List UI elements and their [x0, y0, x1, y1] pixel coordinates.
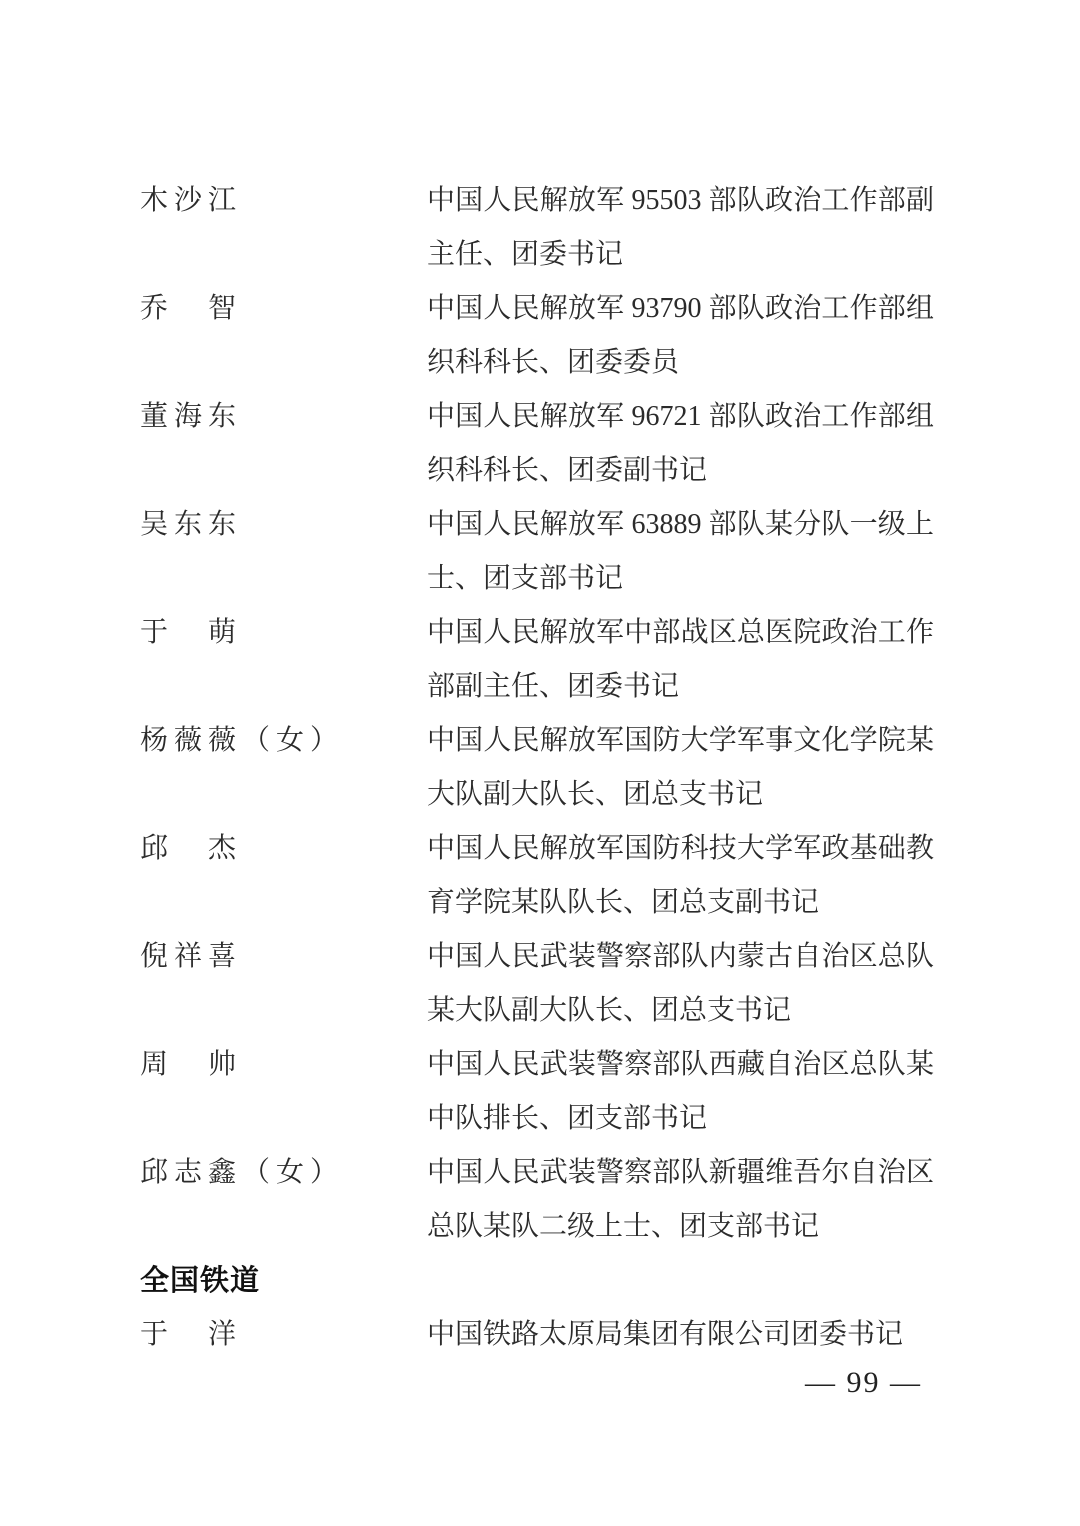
title-line-2: 中队排长、团支部书记	[427, 1092, 934, 1146]
person-name: 董海东	[140, 390, 427, 444]
commendation-list: 木沙江 中国人民解放军 95503 部队政治工作部副 主任、团委书记 乔 智 中…	[140, 174, 934, 1362]
title-line-1: 中国人民解放军国防大学军事文化学院某	[427, 714, 934, 768]
person-name: 于 萌	[140, 606, 427, 660]
title-line-2: 主任、团委书记	[427, 228, 934, 282]
list-item: 邱志鑫（女） 中国人民武装警察部队新疆维吾尔自治区 总队某队二级上士、团支部书记	[140, 1146, 934, 1254]
title-line-1: 中国铁路太原局集团有限公司团委书记	[427, 1308, 934, 1362]
person-title: 中国人民解放军国防大学军事文化学院某 大队副大队长、团总支书记	[427, 714, 934, 822]
person-title: 中国铁路太原局集团有限公司团委书记	[427, 1308, 934, 1362]
list-item: 木沙江 中国人民解放军 95503 部队政治工作部副 主任、团委书记	[140, 174, 934, 282]
title-line-1: 中国人民武装警察部队新疆维吾尔自治区	[427, 1146, 934, 1200]
person-title: 中国人民武装警察部队西藏自治区总队某 中队排长、团支部书记	[427, 1038, 934, 1146]
title-line-1: 中国人民武装警察部队内蒙古自治区总队	[427, 930, 934, 984]
list-item: 乔 智 中国人民解放军 93790 部队政治工作部组 织科科长、团委委员	[140, 282, 934, 390]
person-name: 杨薇薇（女）	[140, 714, 427, 768]
list-item: 吴东东 中国人民解放军 63889 部队某分队一级上 士、团支部书记	[140, 498, 934, 606]
title-line-1: 中国人民解放军国防科技大学军政基础教	[427, 822, 934, 876]
list-item: 于 洋 中国铁路太原局集团有限公司团委书记	[140, 1308, 934, 1362]
person-name: 邱 杰	[140, 822, 427, 876]
person-title: 中国人民解放军中部战区总医院政治工作 部副主任、团委书记	[427, 606, 934, 714]
person-name: 倪祥喜	[140, 930, 427, 984]
person-title: 中国人民解放军国防科技大学军政基础教 育学院某队队长、团总支副书记	[427, 822, 934, 930]
title-line-1: 中国人民解放军 63889 部队某分队一级上	[427, 498, 934, 552]
person-name: 木沙江	[140, 174, 427, 228]
title-line-2: 总队某队二级上士、团支部书记	[427, 1200, 934, 1254]
person-title: 中国人民解放军 96721 部队政治工作部组 织科科长、团委副书记	[427, 390, 934, 498]
title-line-2: 育学院某队队长、团总支副书记	[427, 876, 934, 930]
person-name: 邱志鑫（女）	[140, 1146, 427, 1200]
person-name: 乔 智	[140, 282, 427, 336]
title-line-2: 织科科长、团委副书记	[427, 444, 934, 498]
person-title: 中国人民武装警察部队新疆维吾尔自治区 总队某队二级上士、团支部书记	[427, 1146, 934, 1254]
document-page: 木沙江 中国人民解放军 95503 部队政治工作部副 主任、团委书记 乔 智 中…	[0, 0, 1080, 1526]
title-line-1: 中国人民解放军 95503 部队政治工作部副	[427, 174, 934, 228]
title-line-2: 某大队副大队长、团总支书记	[427, 984, 934, 1038]
title-line-1: 中国人民解放军 93790 部队政治工作部组	[427, 282, 934, 336]
title-line-1: 中国人民解放军中部战区总医院政治工作	[427, 606, 934, 660]
list-item: 董海东 中国人民解放军 96721 部队政治工作部组 织科科长、团委副书记	[140, 390, 934, 498]
title-line-2: 大队副大队长、团总支书记	[427, 768, 934, 822]
list-item: 倪祥喜 中国人民武装警察部队内蒙古自治区总队 某大队副大队长、团总支书记	[140, 930, 934, 1038]
title-line-2: 织科科长、团委委员	[427, 336, 934, 390]
page-number: — 99 —	[805, 1356, 922, 1410]
list-item: 杨薇薇（女） 中国人民解放军国防大学军事文化学院某 大队副大队长、团总支书记	[140, 714, 934, 822]
person-title: 中国人民解放军 93790 部队政治工作部组 织科科长、团委委员	[427, 282, 934, 390]
section-heading: 全国铁道	[140, 1254, 934, 1308]
person-name: 吴东东	[140, 498, 427, 552]
title-line-2: 部副主任、团委书记	[427, 660, 934, 714]
title-line-2: 士、团支部书记	[427, 552, 934, 606]
person-title: 中国人民解放军 95503 部队政治工作部副 主任、团委书记	[427, 174, 934, 282]
title-line-1: 中国人民解放军 96721 部队政治工作部组	[427, 390, 934, 444]
list-item: 邱 杰 中国人民解放军国防科技大学军政基础教 育学院某队队长、团总支副书记	[140, 822, 934, 930]
person-name: 周 帅	[140, 1038, 427, 1092]
person-title: 中国人民解放军 63889 部队某分队一级上 士、团支部书记	[427, 498, 934, 606]
list-item: 于 萌 中国人民解放军中部战区总医院政治工作 部副主任、团委书记	[140, 606, 934, 714]
list-item: 周 帅 中国人民武装警察部队西藏自治区总队某 中队排长、团支部书记	[140, 1038, 934, 1146]
person-title: 中国人民武装警察部队内蒙古自治区总队 某大队副大队长、团总支书记	[427, 930, 934, 1038]
title-line-1: 中国人民武装警察部队西藏自治区总队某	[427, 1038, 934, 1092]
person-name: 于 洋	[140, 1308, 427, 1362]
